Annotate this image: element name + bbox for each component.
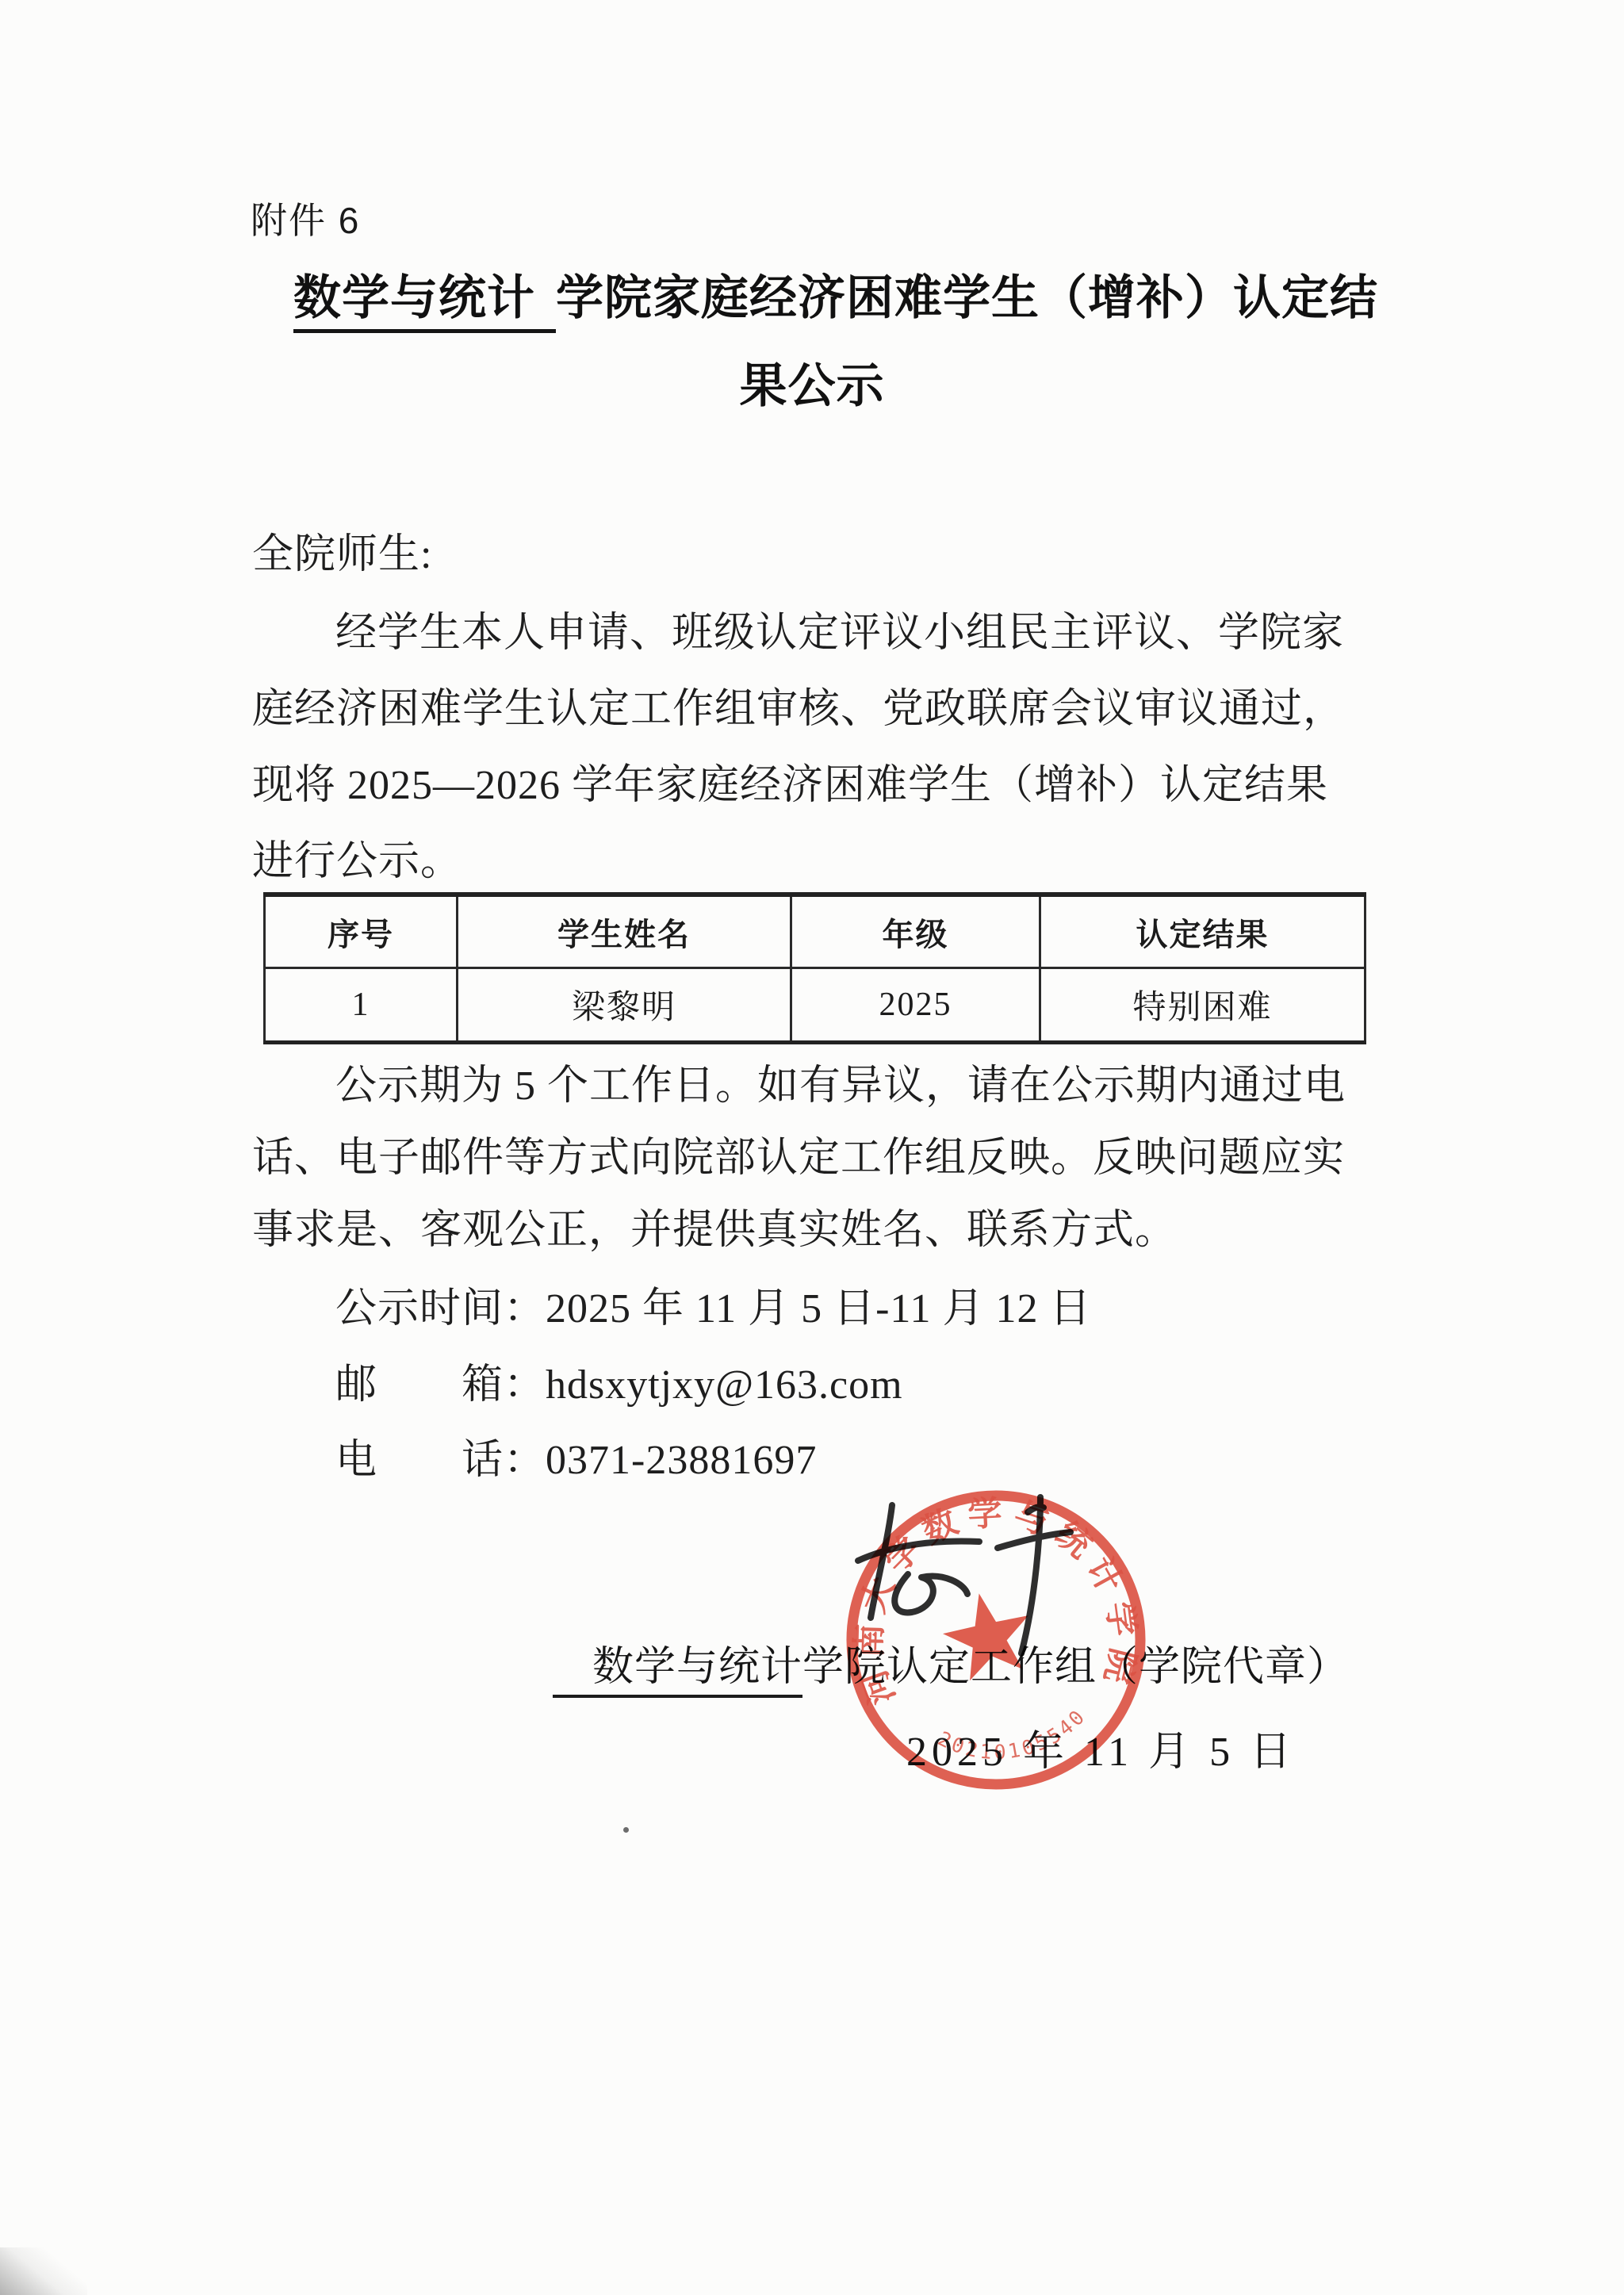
paragraph1-line: 现将 2025—2026 学年家庭经济困难学生（增补）认定结果 [252, 765, 1388, 807]
handwritten-signature [809, 1471, 1126, 1669]
phone-line: 电 话：0371-23881697 [335, 1440, 817, 1481]
paragraph1-line: 庭经济困难学生认定工作组审核、党政联席会议审议通过， [252, 689, 1388, 730]
paragraph2-line: 话、电子邮件等方式向院部认定工作组反映。反映问题应实 [252, 1138, 1388, 1179]
salutation: 全院师生: [252, 534, 1388, 576]
table-header-index: 序号 [265, 895, 458, 968]
title-line-1-rest: 学院家庭经济困难学生（增补）认定结 [556, 270, 1378, 326]
cell-index: 1 [265, 968, 458, 1043]
table-header-row: 序号 学生姓名 年级 认定结果 [265, 895, 1365, 968]
paragraph1-line: 进行公示。 [252, 841, 1388, 883]
attachment-label: 附件 6 [251, 202, 360, 239]
paragraph1-line: 经学生本人申请、班级认定评议小组民主评议、学院家 [252, 613, 1471, 654]
scan-corner-shadow [0, 2247, 87, 2295]
cell-grade: 2025 [791, 968, 1040, 1043]
document-title-line-2: 果公示 [0, 362, 1624, 410]
table-header-grade: 年级 [791, 895, 1040, 968]
table-header-result: 认定结果 [1040, 895, 1365, 968]
cell-result: 特别困难 [1040, 968, 1365, 1043]
document-title-line-1: 数学与统计学院家庭经济困难学生（增补）认定结 [24, 274, 1624, 322]
title-college-name-underlined: 数学与统计 [293, 270, 556, 333]
recognition-result-table: 序号 学生姓名 年级 认定结果 1 梁黎明 2025 特别困难 [263, 892, 1366, 1044]
table-header-student-name: 学生姓名 [458, 895, 791, 968]
email-line: 邮 箱：hdsxytjxy@163.com [335, 1365, 903, 1406]
scan-speck [623, 1827, 629, 1833]
table-row: 1 梁黎明 2025 特别困难 [265, 968, 1365, 1043]
paragraph2-line: 事求是、客观公正，并提供真实姓名、联系方式。 [252, 1210, 1388, 1251]
cell-student-name: 梁黎明 [458, 968, 791, 1043]
paragraph2-line: 公示期为 5 个工作日。如有异议，请在公示期内通过电 [252, 1066, 1471, 1107]
document-page: 附件 6 数学与统计学院家庭经济困难学生（增补）认定结 果公示 全院师生: 经学… [0, 0, 1624, 2295]
publicity-period-line: 公示时间：2025 年 11 月 5 日-11 月 12 日 [335, 1289, 1091, 1330]
closing-college-name-underlined: 数学与统计 [553, 1645, 802, 1698]
